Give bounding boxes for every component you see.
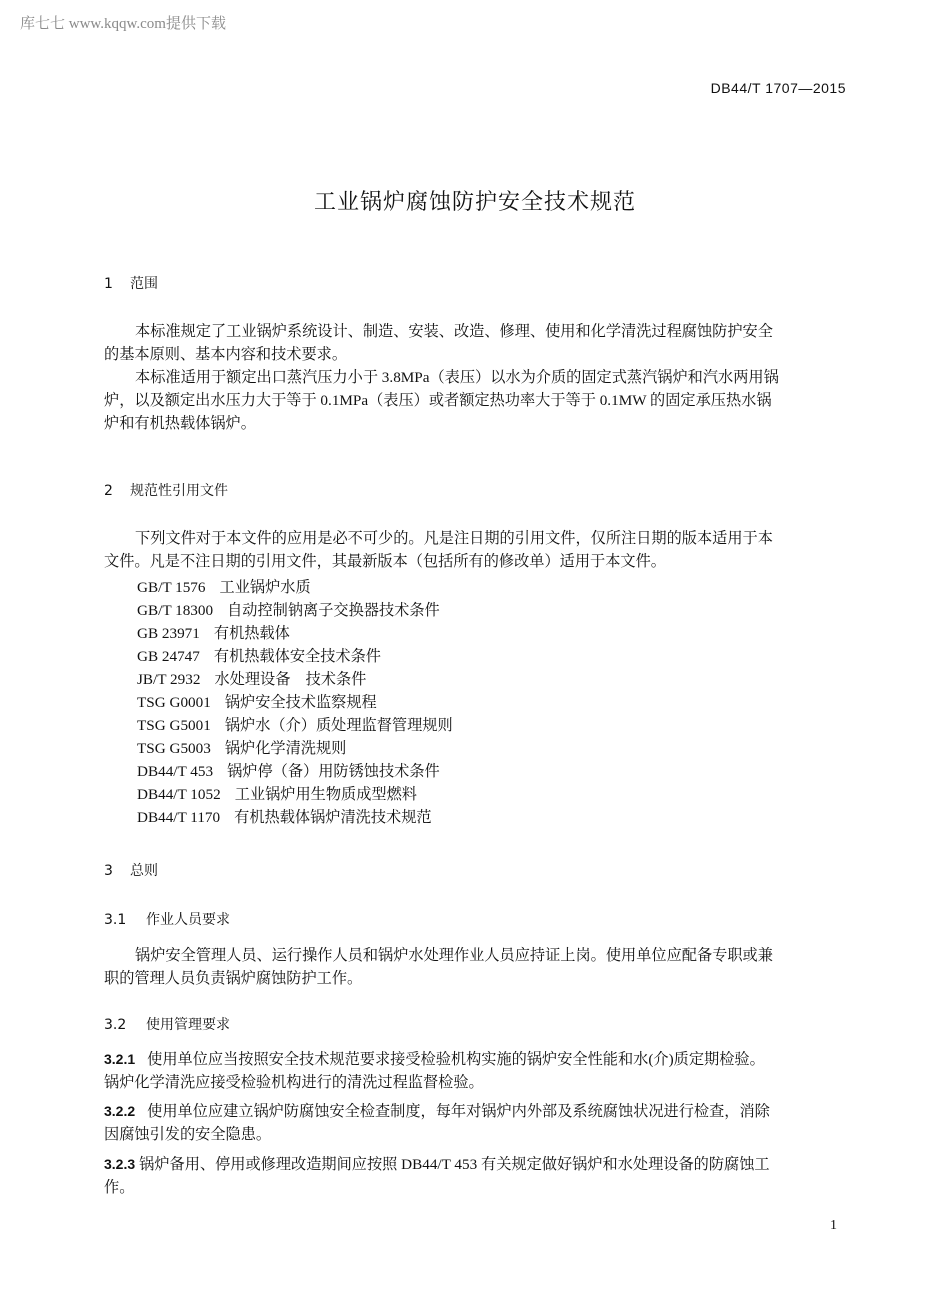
reference-item: DB44/T 1052工业锅炉用生物质成型燃料 <box>137 783 453 806</box>
subsection-3-1-heading: 3.1作业人员要求 <box>104 909 230 929</box>
reference-code: TSG G0001 <box>137 694 211 711</box>
clause-number: 3.2.3 <box>104 1156 135 1172</box>
reference-title: 锅炉水（介）质处理监督管理规则 <box>225 717 453 734</box>
section-title: 规范性引用文件 <box>130 483 228 499</box>
clause-number: 3.2.2 <box>104 1103 135 1119</box>
section-1-paragraph-1: 本标准规定了工业锅炉系统设计、制造、安装、改造、修理、使用和化学清洗过程腐蚀防护… <box>104 320 848 366</box>
reference-item: GB/T 1576工业锅炉水质 <box>137 576 453 599</box>
section-title: 范围 <box>130 276 158 292</box>
reference-code: GB 23971 <box>137 625 200 642</box>
reference-code: GB/T 1576 <box>137 579 206 596</box>
text-line: 文件。凡是不注日期的引用文件，其最新版本（包括所有的修改单）适用于本文件。 <box>104 550 848 573</box>
reference-title: 有机热载体安全技术条件 <box>214 648 381 665</box>
reference-code: DB44/T 1052 <box>137 786 221 803</box>
subsection-number: 3.2 <box>104 1017 146 1033</box>
section-number: 1 <box>104 276 130 292</box>
subsection-title: 使用管理要求 <box>146 1017 230 1033</box>
reference-item: DB44/T 453锅炉停（备）用防锈蚀技术条件 <box>137 760 453 783</box>
normative-references-list: GB/T 1576工业锅炉水质 GB/T 18300自动控制钠离子交换器技术条件… <box>137 576 453 829</box>
reference-title: 锅炉安全技术监察规程 <box>225 694 377 711</box>
reference-code: TSG G5003 <box>137 740 211 757</box>
document-number: DB44/T 1707—2015 <box>711 80 846 96</box>
text-line: 炉，以及额定出水压力大于等于 0.1MPa（表压）或者额定热功率大于等于 0.1… <box>104 389 848 412</box>
section-1-paragraph-2: 本标准适用于额定出口蒸汽压力小于 3.8MPa（表压）以水为介质的固定式蒸汽锅炉… <box>104 366 848 435</box>
section-3-heading: 3总则 <box>104 860 158 880</box>
document-title: 工业锅炉腐蚀防护安全技术规范 <box>0 185 950 216</box>
reference-title: 锅炉停（备）用防锈蚀技术条件 <box>227 763 440 780</box>
subsection-3-1-text: 锅炉安全管理人员、运行操作人员和锅炉水处理作业人员应持证上岗。使用单位应配备专职… <box>104 944 848 990</box>
clause-3-2-2: 3.2.2使用单位应建立锅炉防腐蚀安全检查制度，每年对锅炉内外部及系统腐蚀状况进… <box>104 1100 848 1146</box>
page-number: 1 <box>830 1218 837 1234</box>
download-watermark: 库七七 www.kqqw.com提供下载 <box>20 12 226 33</box>
reference-title: 锅炉化学清洗规则 <box>225 740 347 757</box>
subsection-number: 3.1 <box>104 912 146 928</box>
text-line: 下列文件对于本文件的应用是必不可少的。凡是注日期的引用文件，仅所注日期的版本适用… <box>104 527 848 550</box>
reference-code: GB 24747 <box>137 648 200 665</box>
reference-item: TSG G5003锅炉化学清洗规则 <box>137 737 453 760</box>
reference-title: 工业锅炉水质 <box>220 579 311 596</box>
section-1-heading: 1范围 <box>104 273 158 293</box>
reference-title: 水处理设备 技术条件 <box>214 671 366 688</box>
reference-item: JB/T 2932水处理设备 技术条件 <box>137 668 453 691</box>
text-line: 本标准适用于额定出口蒸汽压力小于 3.8MPa（表压）以水为介质的固定式蒸汽锅炉… <box>104 366 848 389</box>
reference-code: JB/T 2932 <box>137 671 200 688</box>
subsection-title: 作业人员要求 <box>146 912 230 928</box>
reference-code: GB/T 18300 <box>137 602 213 619</box>
text-line: 本标准规定了工业锅炉系统设计、制造、安装、改造、修理、使用和化学清洗过程腐蚀防护… <box>104 320 848 343</box>
text-line: 的基本原则、基本内容和技术要求。 <box>104 343 848 366</box>
section-title: 总则 <box>130 863 158 879</box>
text-line: 使用单位应当按照安全技术规范要求接受检验机构实施的锅炉安全性能和水(介)质定期检… <box>147 1051 765 1068</box>
reference-code: TSG G5001 <box>137 717 211 734</box>
text-line: 作。 <box>104 1176 848 1199</box>
reference-item: GB 24747有机热载体安全技术条件 <box>137 645 453 668</box>
text-line: 锅炉安全管理人员、运行操作人员和锅炉水处理作业人员应持证上岗。使用单位应配备专职… <box>104 944 848 967</box>
subsection-3-2-heading: 3.2使用管理要求 <box>104 1014 230 1034</box>
clause-3-2-1: 3.2.1使用单位应当按照安全技术规范要求接受检验机构实施的锅炉安全性能和水(介… <box>104 1048 848 1094</box>
section-number: 2 <box>104 483 130 499</box>
text-line: 锅炉备用、停用或修理改造期间应按照 DB44/T 453 有关规定做好锅炉和水处… <box>139 1156 769 1173</box>
reference-item: GB/T 18300自动控制钠离子交换器技术条件 <box>137 599 453 622</box>
reference-item: DB44/T 1170有机热载体锅炉清洗技术规范 <box>137 806 453 829</box>
reference-title: 工业锅炉用生物质成型燃料 <box>235 786 417 803</box>
text-line: 使用单位应建立锅炉防腐蚀安全检查制度，每年对锅炉内外部及系统腐蚀状况进行检查，消… <box>147 1103 770 1120</box>
text-line: 因腐蚀引发的安全隐患。 <box>104 1123 848 1146</box>
reference-code: DB44/T 1170 <box>137 809 220 826</box>
section-2-heading: 2规范性引用文件 <box>104 480 228 500</box>
text-line: 职的管理人员负责锅炉腐蚀防护工作。 <box>104 967 848 990</box>
reference-item: TSG G5001锅炉水（介）质处理监督管理规则 <box>137 714 453 737</box>
reference-item: TSG G0001锅炉安全技术监察规程 <box>137 691 453 714</box>
clause-3-2-3: 3.2.3锅炉备用、停用或修理改造期间应按照 DB44/T 453 有关规定做好… <box>104 1153 848 1199</box>
text-line: 炉和有机热载体锅炉。 <box>104 412 848 435</box>
clause-number: 3.2.1 <box>104 1051 135 1067</box>
text-line: 锅炉化学清洗应接受检验机构进行的清洗过程监督检验。 <box>104 1071 848 1094</box>
reference-title: 自动控制钠离子交换器技术条件 <box>227 602 440 619</box>
reference-title: 有机热载体 <box>214 625 290 642</box>
reference-item: GB 23971有机热载体 <box>137 622 453 645</box>
section-2-intro: 下列文件对于本文件的应用是必不可少的。凡是注日期的引用文件，仅所注日期的版本适用… <box>104 527 848 573</box>
reference-code: DB44/T 453 <box>137 763 213 780</box>
section-number: 3 <box>104 863 130 879</box>
reference-title: 有机热载体锅炉清洗技术规范 <box>234 809 431 826</box>
